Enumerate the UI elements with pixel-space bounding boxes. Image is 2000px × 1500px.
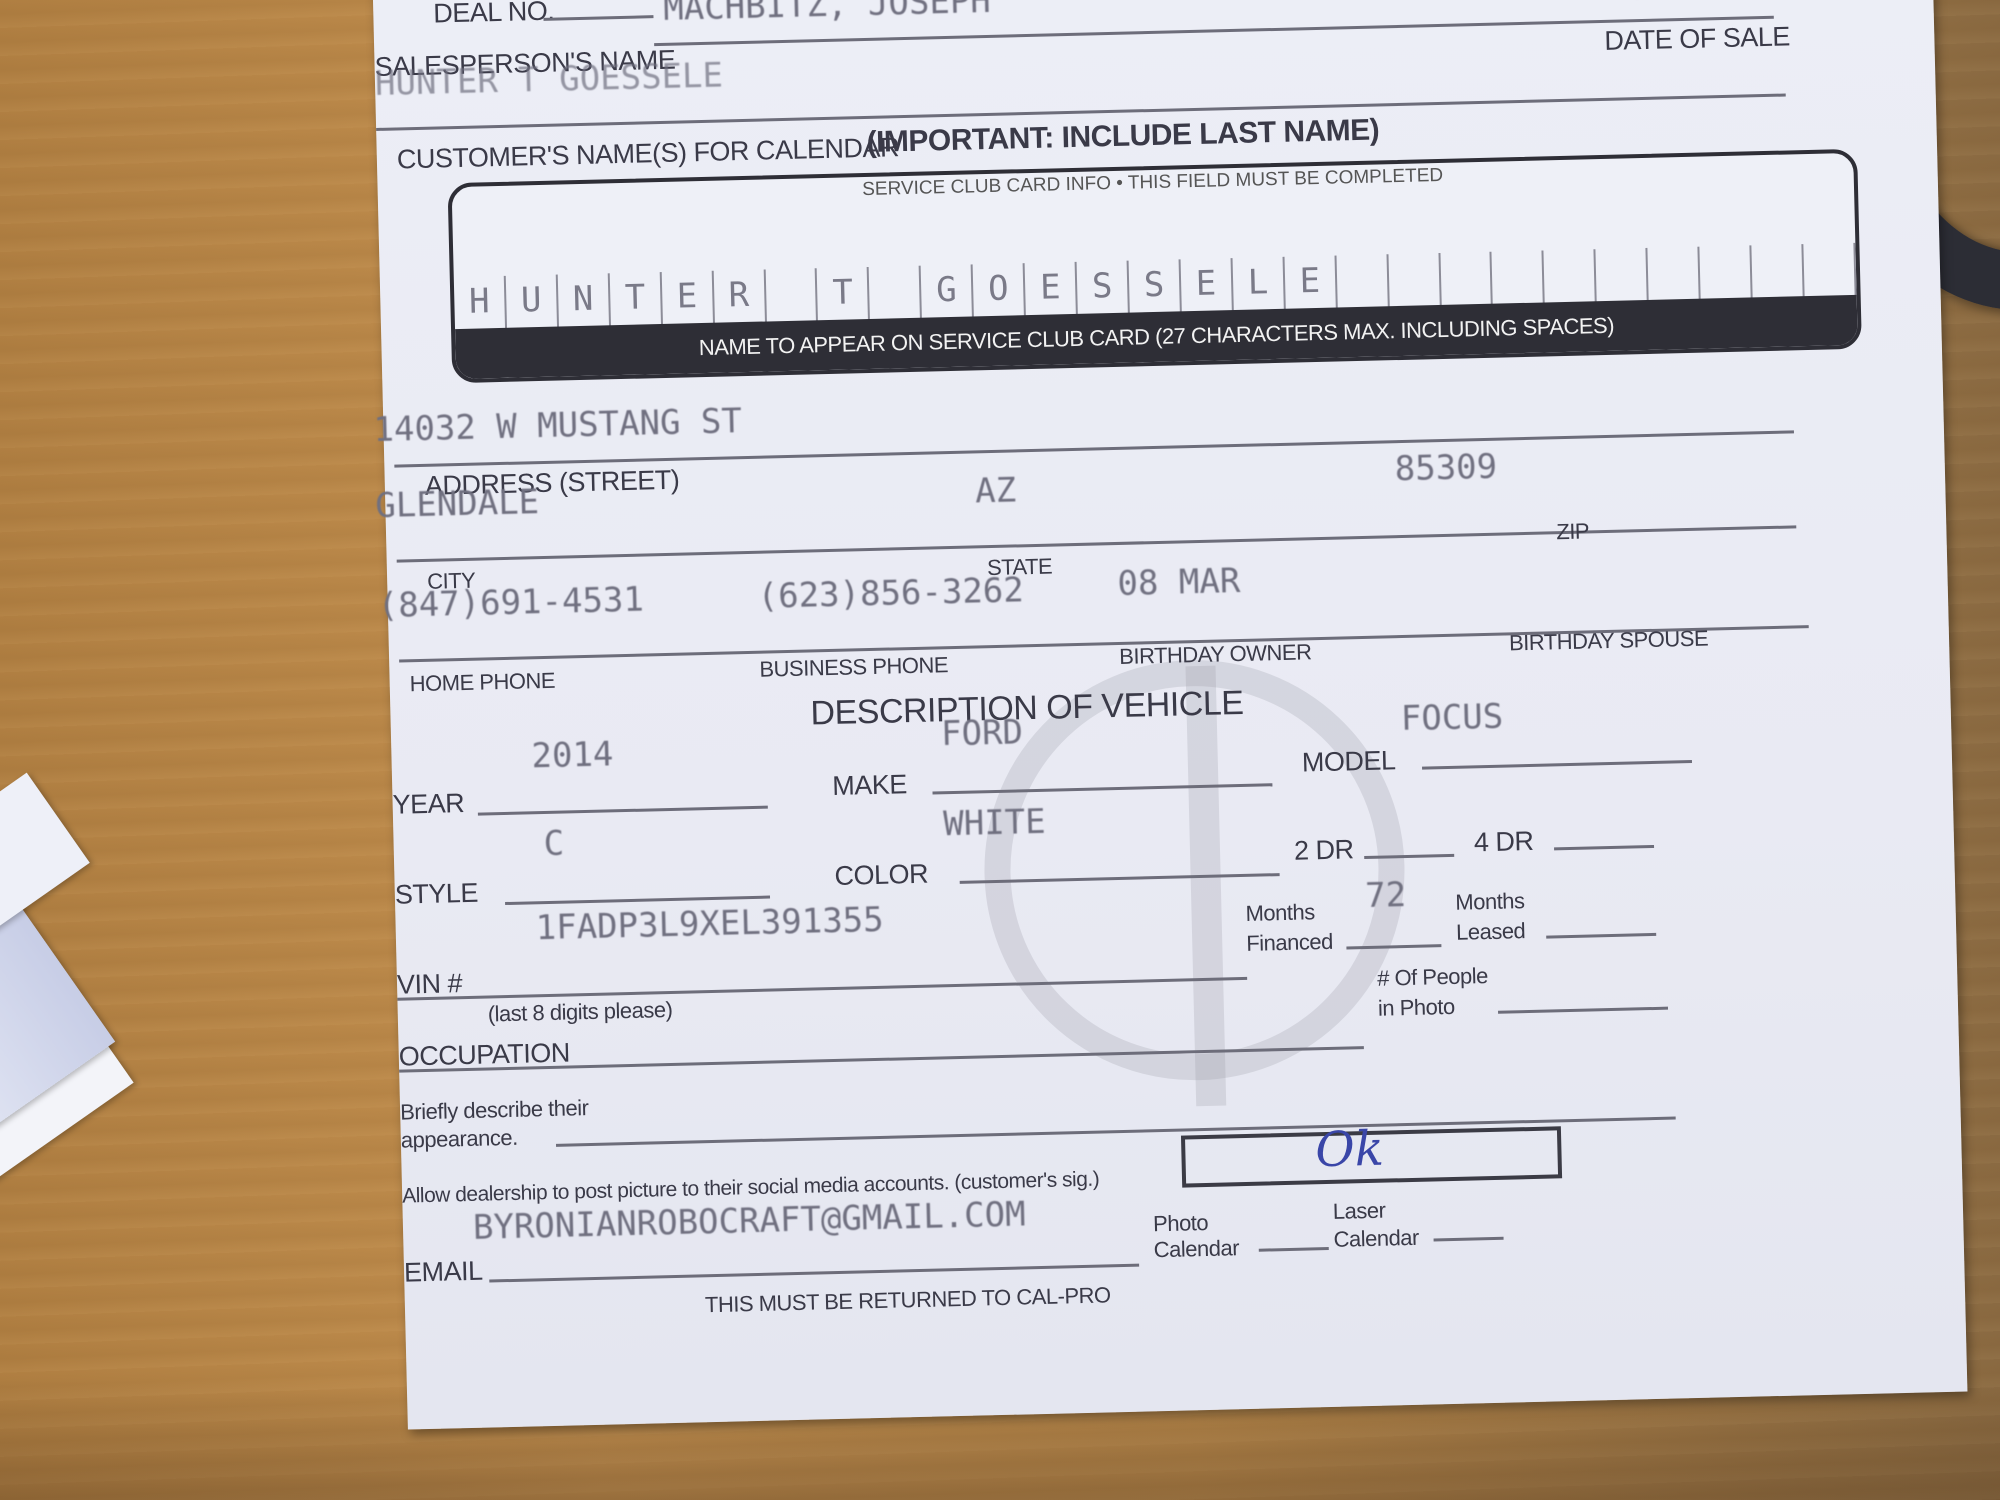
address-value: 14032 W MUSTANG ST [373, 401, 742, 450]
vin-note: (last 8 digits please) [487, 997, 672, 1028]
color-label: COLOR [834, 859, 928, 892]
city-value: GLENDALE [375, 482, 540, 526]
email-line [489, 1264, 1139, 1283]
service-club-form: DEAL NO. MACHBITZ, JOSEPH 08/19/2018 DAT… [372, 0, 1967, 1430]
people-in-photo-label: in Photo [1378, 994, 1455, 1022]
date-of-sale-value: 08/19/2018 [1593, 0, 1799, 6]
salesperson-value: HUNTER T GOESSELE [375, 55, 724, 103]
months-financed-label: Months [1245, 899, 1315, 927]
months-leased-label: Leased [1456, 918, 1526, 946]
months-leased-label: Months [1455, 888, 1525, 916]
zip-value: 85309 [1394, 447, 1497, 489]
photo-calendar-line[interactable] [1259, 1247, 1329, 1252]
photo-calendar-label: Photo [1153, 1210, 1209, 1237]
make-label: MAKE [832, 769, 907, 802]
months-financed-value: 72 [1365, 875, 1407, 916]
months-financed-label: Financed [1246, 929, 1333, 957]
deal-no-line [543, 15, 653, 21]
style-value: C [543, 824, 564, 864]
photo-calendar-label: Calendar [1153, 1235, 1239, 1263]
deal-no-value: MACHBITZ, JOSEPH [663, 0, 991, 29]
side-paper-stack [0, 773, 90, 938]
model-value: FOCUS [1400, 697, 1503, 739]
people-in-photo-line [1498, 1007, 1668, 1014]
make-value: FORD [941, 712, 1024, 754]
business-phone-label: BUSINESS PHONE [759, 652, 948, 683]
birthday-spouse-label: BIRTHDAY SPOUSE [1509, 626, 1709, 657]
appearance-label: appearance. [401, 1125, 518, 1154]
zip-label: ZIP [1556, 518, 1589, 545]
model-label: MODEL [1302, 745, 1396, 778]
important-note: (IMPORTANT: INCLUDE LAST NAME) [866, 113, 1379, 160]
appearance-label: Briefly describe their [400, 1095, 589, 1126]
laser-calendar-label: Calendar [1333, 1225, 1419, 1253]
business-phone-value: (623)856-3262 [757, 570, 1024, 616]
home-phone-label: HOME PHONE [409, 668, 555, 698]
home-phone-value: (847)691-4531 [377, 580, 644, 626]
four-door-label: 4 DR [1474, 826, 1534, 858]
service-club-card-box: SERVICE CLUB CARD INFO • THIS FIELD MUST… [447, 149, 1861, 383]
color-value: WHITE [943, 802, 1046, 844]
deal-no-label: DEAL NO. [433, 0, 555, 30]
state-value: AZ [975, 470, 1017, 511]
model-line [1422, 760, 1692, 770]
laser-calendar-label: Laser [1333, 1198, 1386, 1225]
email-label: EMAIL [404, 1256, 483, 1289]
customer-signature-box[interactable]: Ok [1181, 1126, 1562, 1187]
customer-signature: Ok [1315, 1121, 1385, 1179]
people-in-photo-label: # Of People [1377, 963, 1488, 992]
style-label: STYLE [394, 878, 478, 911]
four-door-line[interactable] [1554, 845, 1654, 850]
months-leased-line [1546, 933, 1656, 939]
two-door-label: 2 DR [1294, 834, 1354, 866]
customer-names-label: CUSTOMER'S NAME(S) FOR CALENDAR [397, 132, 900, 175]
year-label: YEAR [392, 788, 464, 821]
return-notice: THIS MUST BE RETURNED TO CAL-PRO [705, 1282, 1111, 1318]
birthday-owner-value: 08 MAR [1117, 561, 1241, 604]
year-value: 2014 [531, 734, 614, 776]
birthday-owner-label: BIRTHDAY OWNER [1119, 639, 1312, 670]
year-line [478, 806, 768, 816]
date-of-sale-label: DATE OF SALE [1604, 21, 1790, 57]
vin-value: 1FADP3L9XEL391355 [535, 900, 884, 948]
laser-calendar-line[interactable] [1434, 1237, 1504, 1242]
